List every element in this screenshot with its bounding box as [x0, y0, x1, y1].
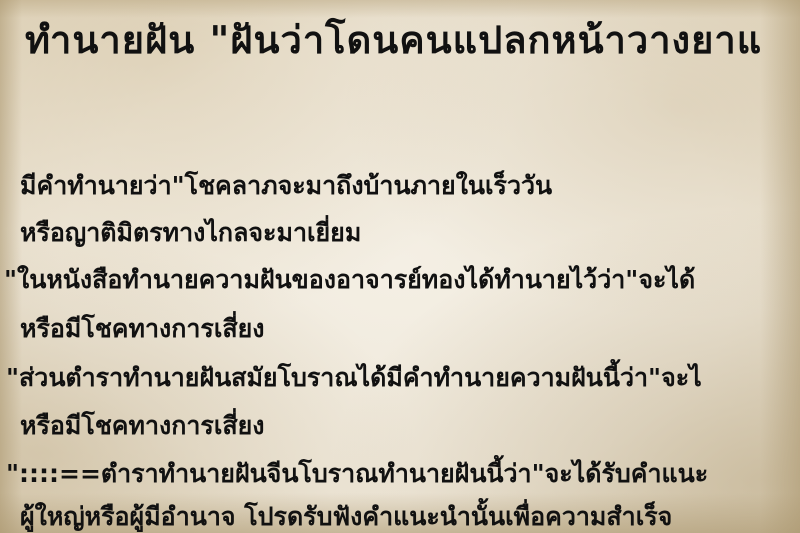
text-line-2: หรือญาติมิตรทางไกลจะมาเยี่ยม — [20, 220, 361, 245]
text-line-6: หรือมีโชคทางการเสี่ยง — [20, 413, 265, 438]
text-line-7: "::::==ตำราทำนายฝันจีนโบราณทำนายฝันนี้ว่… — [6, 461, 708, 486]
text-line-8: ผู้ใหญ่หรือผู้มีอำนาจ โปรดรับฟังคำแนะนำน… — [20, 504, 672, 529]
text-line-5: "ส่วนตำราทำนายฝันสมัยโบราณได้มีคำทำนายคว… — [6, 365, 702, 390]
paper-edge-top — [0, 0, 800, 18]
page-title: ทำนายฝัน "ฝันว่าโดนคนแปลกหน้าวางยาแ — [25, 18, 762, 64]
text-line-1: มีคำทำนายว่า"โชคลาภจะมาถึงบ้านภายในเร็วว… — [20, 173, 552, 198]
text-line-4: หรือมีโชคทางการเสี่ยง — [20, 316, 265, 341]
paper-edge-right — [760, 0, 800, 533]
text-line-3: "ในหนังสือทำนายความฝันของอาจารย์ทองได้ทำ… — [4, 267, 695, 292]
